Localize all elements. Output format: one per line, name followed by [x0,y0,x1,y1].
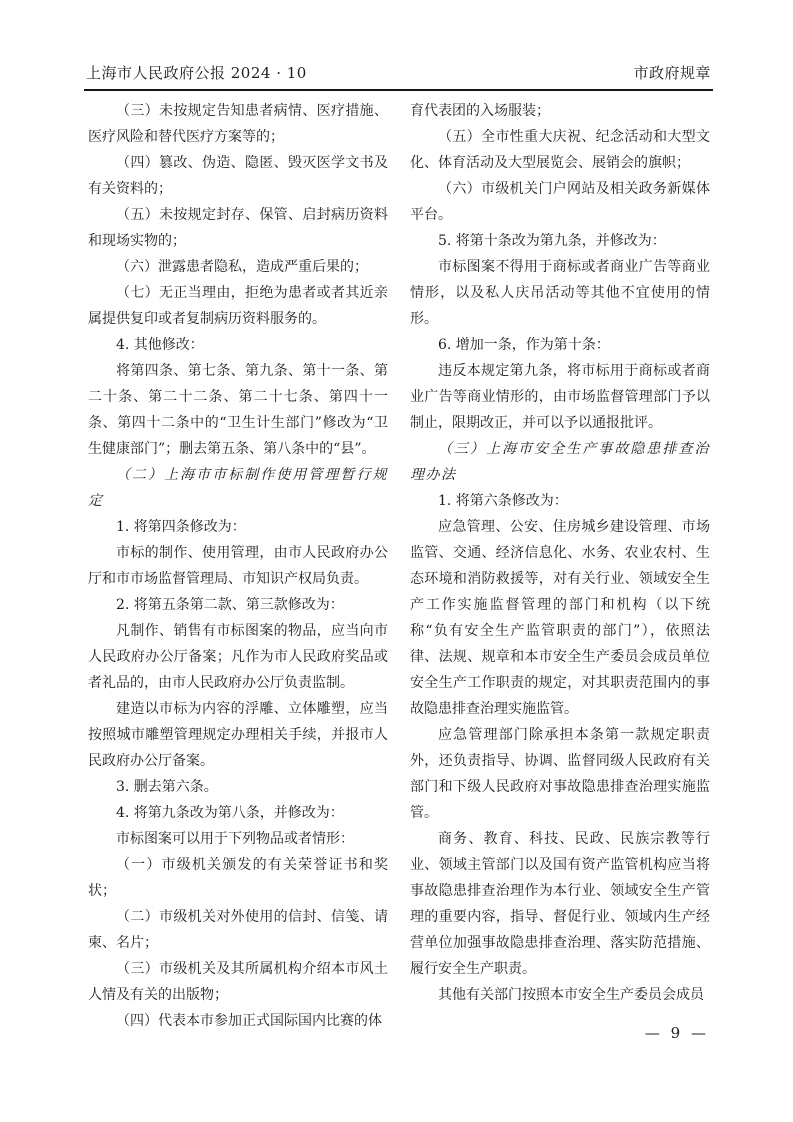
paragraph: （六）市级机关门户网站及相关政务新媒体平台。 [410,176,710,228]
paragraph: 违反本规定第九条，将市标用于商标或者商业广告等商业情形的，由市场监督管理部门予以… [410,358,710,436]
header-section-label: 市政府规章 [633,62,711,83]
left-column: （三）未按规定告知患者病情、医疗措施、医疗风险和替代医疗方案等的；（四）篡改、伪… [88,98,388,1034]
paragraph: （四）代表本市参加正式国际国内比赛的体 [88,1008,388,1034]
paragraph: 市标的制作、使用管理，由市人民政府办公厅和市市场监督管理局、市知识产权局负责。 [88,540,388,592]
paragraph: （四）篡改、伪造、隐匿、毁灭医学文书及有关资料的； [88,150,388,202]
paragraph: （五）未按规定封存、保管、启封病历资料和现场实物的； [88,202,388,254]
paragraph: 6. 增加一条，作为第十条： [410,332,710,358]
paragraph: 3. 删去第六条。 [88,774,388,800]
paragraph: 凡制作、销售有市标图案的物品，应当向市人民政府办公厅备案；凡作为市人民政府奖品或… [88,618,388,696]
section-heading: （三）上海市安全生产事故隐患排查治理办法 [410,436,710,488]
paragraph: 5. 将第十条改为第九条，并修改为： [410,228,710,254]
paragraph: （三）市级机关及其所属机构介绍本市风土人情及有关的出版物； [88,956,388,1008]
paragraph: 1. 将第六条修改为： [410,488,710,514]
header-rule [84,89,713,91]
section-heading: （二）上海市市标制作使用管理暂行规定 [88,462,388,514]
document-body: （三）未按规定告知患者病情、医疗措施、医疗风险和替代医疗方案等的；（四）篡改、伪… [88,98,710,1034]
paragraph: （三）未按规定告知患者病情、医疗措施、医疗风险和替代医疗方案等的； [88,98,388,150]
paragraph: （一）市级机关颁发的有关荣誉证书和奖状； [88,852,388,904]
paragraph: 商务、教育、科技、民政、民族宗教等行业、领域主管部门以及国有资产监管机构应当将事… [410,826,710,982]
right-column: 育代表团的入场服装；（五）全市性重大庆祝、纪念活动和大型文化、体育活动及大型展览… [410,98,710,1034]
paragraph: 应急管理部门除承担本条第一款规定职责外，还负责指导、协调、监督同级人民政府有关部… [410,722,710,826]
paragraph: （五）全市性重大庆祝、纪念活动和大型文化、体育活动及大型展览会、展销会的旗帜； [410,124,710,176]
paragraph: 市标图案可以用于下列物品或者情形： [88,826,388,852]
paragraph: 育代表团的入场服装； [410,98,710,124]
header-publication-title: 上海市人民政府公报 2024 · 10 [86,62,307,83]
paragraph: 市标图案不得用于商标或者商业广告等商业情形，以及私人庆吊活动等其他不宜使用的情形… [410,254,710,332]
paragraph: （七）无正当理由，拒绝为患者或者其近亲属提供复印或者复制病历资料服务的。 [88,280,388,332]
paragraph: 4. 其他修改： [88,332,388,358]
paragraph: 建造以市标为内容的浮雕、立体雕塑，应当按照城市雕塑管理规定办理相关手续，并报市人… [88,696,388,774]
paragraph: 4. 将第九条改为第八条，并修改为： [88,800,388,826]
page-number: — 9 — [645,1024,709,1042]
gazette-page: 上海市人民政府公报 2024 · 10 市政府规章 （三）未按规定告知患者病情、… [0,0,793,1122]
paragraph: 1. 将第四条修改为： [88,514,388,540]
paragraph: 其他有关部门按照本市安全生产委员会成员 [410,982,710,1008]
page-header: 上海市人民政府公报 2024 · 10 市政府规章 [86,62,711,83]
paragraph: 将第四条、第七条、第九条、第十一条、第二十条、第二十二条、第二十七条、第四十一条… [88,358,388,462]
paragraph: （六）泄露患者隐私，造成严重后果的； [88,254,388,280]
paragraph: （二）市级机关对外使用的信封、信笺、请柬、名片； [88,904,388,956]
paragraph: 2. 将第五条第二款、第三款修改为： [88,592,388,618]
paragraph: 应急管理、公安、住房城乡建设管理、市场监管、交通、经济信息化、水务、农业农村、生… [410,514,710,722]
